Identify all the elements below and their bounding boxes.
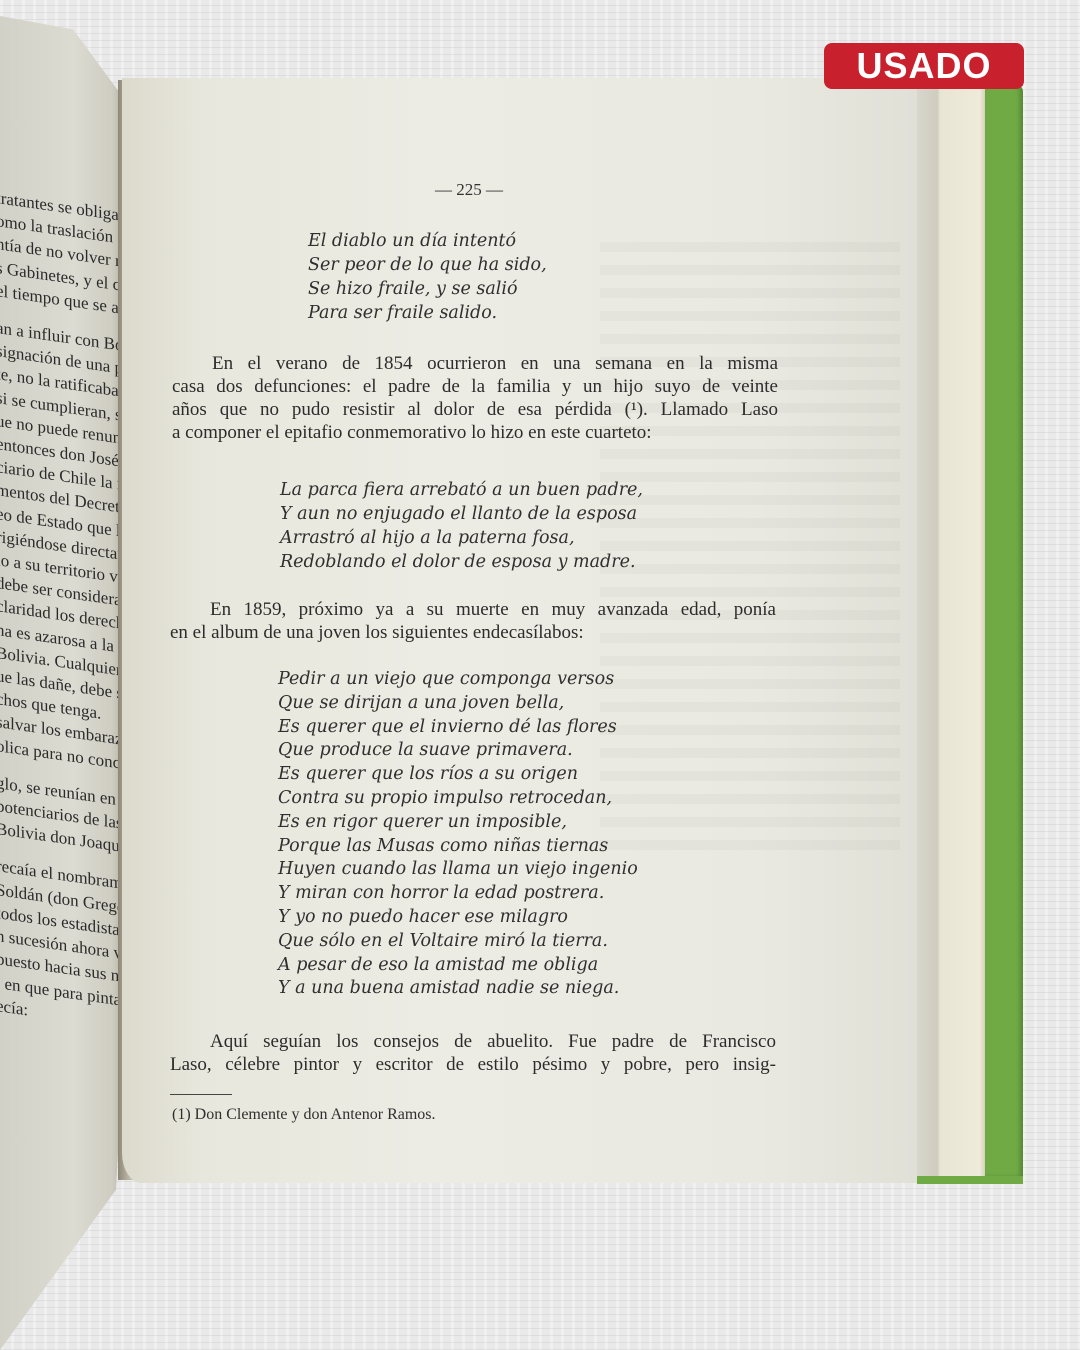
- verse-line: Arrastró al hijo a la paterna fosa,: [280, 526, 643, 550]
- verse-line: La parca fiera arrebató a un buen padre,: [280, 478, 643, 502]
- green-book-cover: [985, 84, 1023, 1177]
- verse-line: Es en rigor querer un imposible,: [278, 811, 638, 835]
- footnote-divider: [170, 1094, 232, 1095]
- verse-diablo: El diablo un día intentó Ser peor de lo …: [308, 229, 547, 325]
- verse-line: Pedir a un viejo que componga versos: [278, 668, 638, 692]
- prose-line: En 1859, próximo ya a su muerte en muy a…: [170, 598, 776, 621]
- left-page-text: tratantes se obligaban aomo la traslació…: [0, 186, 122, 1037]
- verse-line: Porque las Musas como niñas tiernas: [278, 835, 638, 859]
- footnote: (1) Don Clemente y don Antenor Ramos.: [172, 1106, 436, 1124]
- page-edges: [917, 84, 985, 1177]
- verse-endecasilabos: Pedir a un viejo que componga versos Que…: [278, 668, 638, 1001]
- page-number: — 225 —: [435, 180, 503, 200]
- prose-line: Laso, célebre pintor y escritor de estil…: [170, 1053, 776, 1076]
- prose-line: En el verano de 1854 ocurrieron en una s…: [172, 352, 778, 375]
- prose-line: en el album de una joven los siguientes …: [170, 621, 776, 644]
- cover-bottom-edge: [917, 1176, 1023, 1184]
- verse-line: Se hizo fraile, y se salió: [308, 277, 547, 301]
- verse-line: Huyen cuando las llama un viejo ingenio: [278, 858, 638, 882]
- verse-line: Que sólo en el Voltaire miró la tierra.: [278, 930, 638, 954]
- verse-epitafio: La parca fiera arrebató a un buen padre,…: [280, 478, 643, 574]
- verse-line: Y yo no puedo hacer ese milagro: [278, 906, 638, 930]
- paragraph-1854: En el verano de 1854 ocurrieron en una s…: [172, 352, 778, 444]
- prose-line: Aquí seguían los consejos de abuelito. F…: [170, 1030, 776, 1053]
- prose-line: años que no pudo resistir al dolor de es…: [172, 398, 778, 421]
- verse-line: Ser peor de lo que ha sido,: [308, 253, 547, 277]
- verse-line: Contra su propio impulso retrocedan,: [278, 787, 638, 811]
- verse-line: Redoblando el dolor de esposa y madre.: [280, 550, 643, 574]
- verse-line: Es querer que el invierno dé las flores: [278, 716, 638, 740]
- paragraph-1859: En 1859, próximo ya a su muerte en muy a…: [170, 598, 776, 644]
- verse-line: Es querer que los ríos a su origen: [278, 763, 638, 787]
- verse-line: Para ser fraile salido.: [308, 301, 547, 325]
- verse-line: Que produce la suave primavera.: [278, 739, 638, 763]
- prose-line: casa dos defunciones: el padre de la fam…: [172, 375, 778, 398]
- verse-line: Que se dirijan a una joven bella,: [278, 692, 638, 716]
- verse-line: Y a una buena amistad nadie se niega.: [278, 977, 638, 1001]
- prose-line: a componer el epitafio conmemorativo lo …: [172, 421, 778, 444]
- used-badge: USADO: [824, 43, 1024, 89]
- paragraph-francisco-laso: Aquí seguían los consejos de abuelito. F…: [170, 1030, 776, 1076]
- verse-line: El diablo un día intentó: [308, 229, 547, 253]
- verse-line: Y miran con horror la edad postrera.: [278, 882, 638, 906]
- verse-line: A pesar de eso la amistad me obliga: [278, 954, 638, 978]
- left-page: tratantes se obligaban aomo la traslació…: [0, 16, 122, 1350]
- verse-line: Y aun no enjugado el llanto de la esposa: [280, 502, 643, 526]
